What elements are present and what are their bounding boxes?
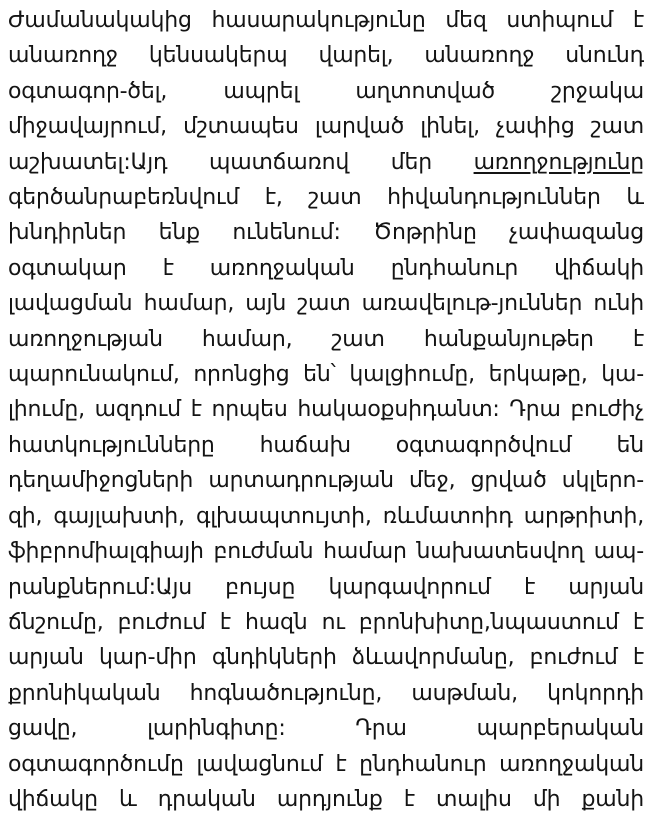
- text-line: հատկությունները հաճախ օգտագործվում են: [8, 428, 644, 463]
- text-segment: արյան կար-միր գնդիկների ձևավորմանը, բուժ…: [8, 645, 644, 670]
- text-segment: վիճակը և դրական արդյունք է տալիս մի քանի: [8, 787, 644, 812]
- text-segment: ֆիբրոմիալգիայի բուժման համար նախատեսվող …: [8, 539, 644, 564]
- text-line: արյան կար-միր գնդիկների ձևավորմանը, բուժ…: [8, 640, 644, 675]
- text-segment: Ժամանակակից հասարակությունը մեզ ստիպում …: [8, 8, 644, 33]
- text-line: աշխատել:Այդ պատճառով մեր առողջությունը: [8, 145, 644, 180]
- text-segment: աշխատել:Այդ պատճառով մեր: [8, 150, 474, 175]
- text-line: պարունակում, որոնցից են՝ կալցիումը, երկա…: [8, 357, 644, 392]
- paragraph: Ժամանակակից հասարակությունը մեզ ստիպում …: [8, 3, 644, 817]
- text-segment: հատկությունները հաճախ օգտագործվում են: [8, 433, 644, 458]
- text-segment: առողջության համար, շատ հանքանյութեր է: [8, 327, 644, 352]
- text-line: լավացման համար, այն շատ առավելութ-յուննե…: [8, 286, 644, 321]
- text-line: առողջության համար, շատ հանքանյութեր է: [8, 322, 644, 357]
- text-segment: պարունակում, որոնցից են՝ կալցիումը, երկա…: [8, 362, 644, 387]
- text-segment: րանքներում:Այս բույսը կարգավորում է արյա…: [8, 575, 644, 600]
- text-line: ճնշումը, բուժում է հազն ու բրոնխիտը,նպաս…: [8, 605, 644, 640]
- document-page: { "page": { "background_color": "#ffffff…: [0, 0, 651, 817]
- text-line: խնդիրներ ենք ունենում: Ծոթրինը չափազանց: [8, 215, 644, 250]
- text-segment: դեղամիջոցների արտադրության մեջ, ցրված սկ…: [8, 468, 644, 493]
- text-segment: քրոնիկական հոգնածությունը, ասթման, կոկոր…: [8, 681, 644, 706]
- text-segment: օգտագործումը լավացնում է ընդհանուր առողջ…: [8, 752, 644, 777]
- text-line: քրոնիկական հոգնածությունը, ասթման, կոկոր…: [8, 676, 644, 711]
- text-line: օգտագոր-ծել, ապրել աղտոտված շրջակա: [8, 74, 644, 109]
- text-segment: միջավայրում, մշտապես լարված լինել, չափից…: [8, 114, 644, 139]
- text-segment: լավացման համար, այն շատ առավելութ-յուննե…: [8, 291, 644, 316]
- text-line: միջավայրում, մշտապես լարված լինել, չափից…: [8, 109, 644, 144]
- text-line: օգտակար է առողջական ընդհանուր վիճակի: [8, 251, 644, 286]
- text-segment: օգտակար է առողջական ընդհանուր վիճակի: [8, 256, 644, 281]
- text-line: լիումը, ազդում է որպես հակաօքսիդանտ: Դրա…: [8, 392, 644, 427]
- text-segment: ցավը, լարինգիտը: Դրա պարբերական: [8, 716, 644, 741]
- text-segment: անառողջ կենսակերպ վարել, անառողջ սնունդ: [8, 43, 644, 68]
- text-line: ֆիբրոմիալգիայի բուժման համար նախատեսվող …: [8, 534, 644, 569]
- text-line: զի, գայլախտի, գլխապտույտի, ռևմատոիդ արթր…: [8, 499, 644, 534]
- text-segment: զի, գայլախտի, գլխապտույտի, ռևմատոիդ արթր…: [8, 504, 644, 529]
- text-segment: խնդիրներ ենք ունենում: Ծոթրինը չափազանց: [8, 220, 644, 245]
- underlined-word: առողջությունը: [474, 150, 644, 175]
- text-line: Ժամանակակից հասարակությունը մեզ ստիպում …: [8, 3, 644, 38]
- text-line: անառողջ կենսակերպ վարել, անառողջ սնունդ: [8, 38, 644, 73]
- text-segment: ճնշումը, բուժում է հազն ու բրոնխիտը,նպաս…: [8, 610, 644, 635]
- text-line: ցավը, լարինգիտը: Դրա պարբերական: [8, 711, 644, 746]
- document-body: Ժամանակակից հասարակությունը մեզ ստիպում …: [0, 0, 651, 817]
- text-line: դեղամիջոցների արտադրության մեջ, ցրված սկ…: [8, 463, 644, 498]
- text-segment: լիումը, ազդում է որպես հակաօքսիդանտ: Դրա…: [8, 397, 644, 422]
- text-line: գերծանրաբեռնվում է, շատ հիվանդություններ…: [8, 180, 644, 215]
- text-segment: օգտագոր-ծել, ապրել աղտոտված շրջակա: [8, 79, 644, 104]
- text-line: օգտագործումը լավացնում է ընդհանուր առողջ…: [8, 747, 644, 782]
- text-segment: գերծանրաբեռնվում է, շատ հիվանդություններ…: [8, 185, 644, 210]
- text-line: րանքներում:Այս բույսը կարգավորում է արյա…: [8, 570, 644, 605]
- text-line: վիճակը և դրական արդյունք է տալիս մի քանի: [8, 782, 644, 817]
